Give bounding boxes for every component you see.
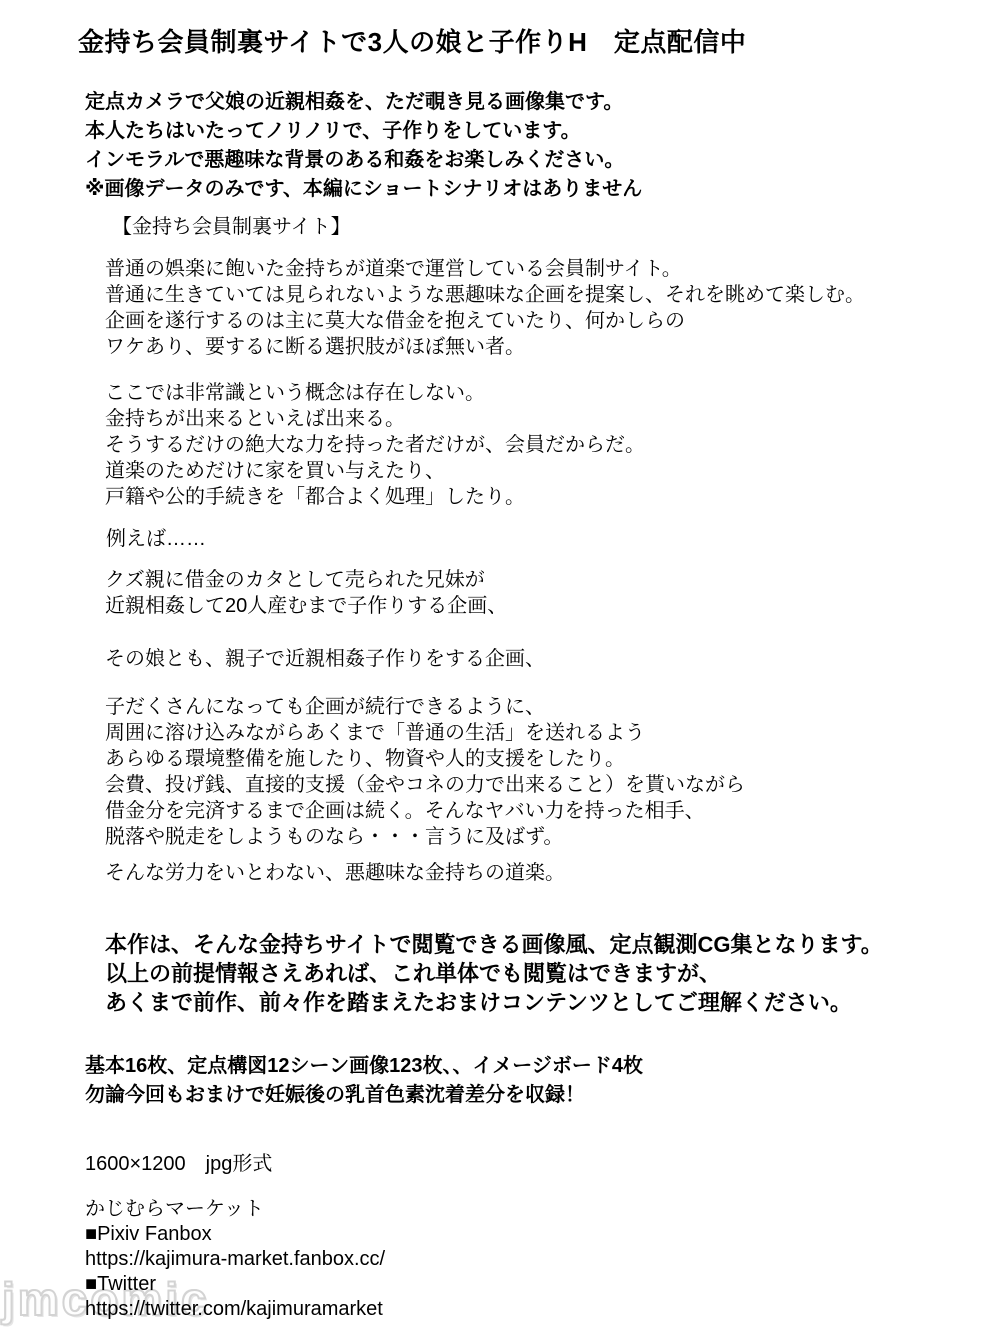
example-plan-2: その娘とも、親子で近親相姦子作りをする企画、 [105,646,545,672]
twitter-label: ■Twitter [85,1272,385,1297]
contents-info: 基本16枚、定点構図12シーン画像123枚、、イメージボード4枚 勿論今回もおま… [85,1052,643,1110]
section-heading: 【金持ち会員制裏サイト】 [112,210,351,239]
closing-line: そんな労力をいとわない、悪趣味な金持ちの道楽。 [105,860,565,886]
example-plan-1: クズ親に借金のカタとして売られた兄妹が 近親相姦して20人産むまで子作りする企画… [105,567,507,619]
document-page: 金持ち会員制裏サイトで3人の娘と子作りH 定点配信中 定点カメラで父娘の近親相姦… [0,0,1000,1333]
backstory-paragraph-2: ここでは非常識という概念は存在しない。 金持ちが出来るといえば出来る。 そうする… [105,380,645,510]
footer: かじむらマーケット ■Pixiv Fanbox https://kajimura… [85,1197,385,1322]
circle-name: かじむらマーケット [85,1197,385,1222]
page-title: 金持ち会員制裏サイトで3人の娘と子作りH 定点配信中 [78,22,746,59]
fanbox-label: ■Pixiv Fanbox [85,1222,385,1247]
fanbox-url[interactable]: https://kajimura-market.fanbox.cc/ [85,1247,385,1272]
backstory-paragraph-1: 普通の娯楽に飽いた金持ちが道楽で運営している会員制サイト。 普通に生きていては見… [105,256,865,360]
summary-paragraph: 本作は、そんな金持ちサイトで閲覧できる画像風、定点観測CG集となります。 以上の… [105,930,883,1017]
example-plan-3: 子だくさんになっても企画が続行できるように、 周囲に溶け込みながらあくまで「普通… [105,694,745,850]
example-lead: 例えば…… [106,526,206,552]
image-format-info: 1600×1200 jpg形式 [85,1147,272,1176]
intro-paragraph: 定点カメラで父娘の近親相姦を、ただ覗き見る画像集です。 本人たちはいたってノリノ… [85,88,642,204]
twitter-url[interactable]: https://twitter.com/kajimuramarket [85,1297,385,1322]
